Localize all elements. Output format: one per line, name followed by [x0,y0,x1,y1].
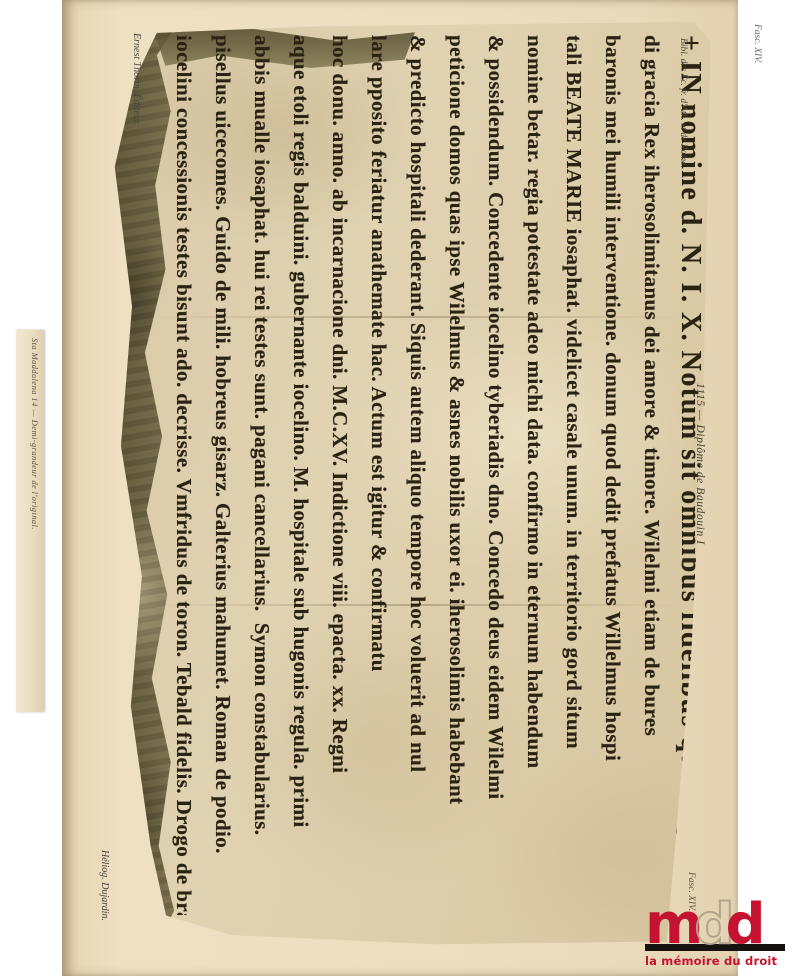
logo-tagline: la mémoire du droit [645,954,797,968]
manuscript-photo: + IN nomine d. N. I. X. Notum sit omnibu… [95,18,713,948]
mdd-logo: mdd la mémoire du droit [645,899,797,976]
publisher-caption: Ernest Thorin, Éditeur. [131,33,142,125]
manuscript-text: + IN nomine d. N. I. X. Notum sit omnibu… [150,35,710,915]
manuscript-line: & predicto hospitali dederant. Siquis au… [398,35,437,915]
collection-caption: Bibl. des Éc. fr. d'Ath. et de Rome. [678,38,688,168]
manuscript-line: lare pposito feriatur anathemate hac. Ac… [359,35,398,915]
manuscript-line: peticione domos quas ipse Wilelmus & asn… [437,35,476,915]
fascicle-number-top: Fasc. XIV. [752,24,762,63]
logo-letter-m: m [645,892,694,957]
manuscript-line: hoc donu. anno. ab incarnacione dni. M.C… [320,35,359,915]
manuscript-line: iocelini concessionis testes bisunt ado.… [164,35,203,915]
facing-page-caption: Sta Maddalena 14 — Demi-grandeur de l'or… [30,338,40,708]
logo-letter-d-outline: d [694,892,725,957]
manuscript-line: aque etoli regis balduini. gubernante io… [281,35,320,915]
manuscript-line: abbis mualle iosaphat. hui rei testes su… [242,35,281,915]
manuscript-line: & possidendum. Concedente iocelino tyber… [476,35,515,915]
plate-title: 1115 — Diplôme de Baudouin I [694,383,706,545]
manuscript-line: tali BEATE MARIE iosaphat. videlicet cas… [554,35,593,915]
manuscript-line: pisellus uicecomes. Guido de mili. hobre… [203,35,242,915]
logo-letter-d-solid: d [725,892,756,957]
heliogravure-credit-caption: Héliog. Dujardin. [99,850,110,921]
plate-scan: Sta Maddalena 14 — Demi-grandeur de l'or… [0,0,800,976]
manuscript-line: nomine betar. regia potestate adeo michi… [515,35,554,915]
manuscript-line: di gracia Rex iherosolimitanus dei amore… [632,35,671,915]
manuscript-line: baronis mei humili interventione. donum … [593,35,632,915]
